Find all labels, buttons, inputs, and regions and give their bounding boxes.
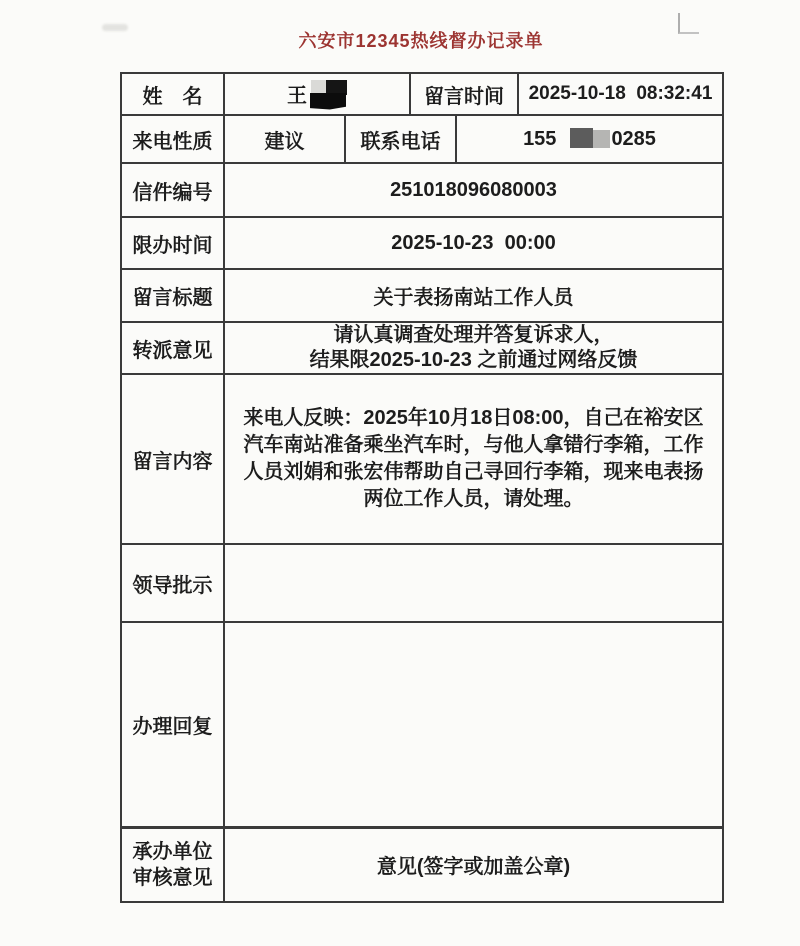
row-message-title: 留言标题 关于表扬南站工作人员: [121, 269, 723, 322]
field-value-message-time: 2025-10-18 08:32:41: [518, 73, 723, 115]
field-label-deadline: 限办时间: [121, 217, 224, 269]
field-label-processing-reply: 办理回复: [121, 622, 224, 827]
phone-redaction-dark: [570, 128, 593, 148]
field-value-transfer-opinion: 请认真调查处理并答复诉求人， 结果限2025-10-23 之前通过网络反馈: [224, 322, 723, 374]
record-table: 姓 名 王 留言时间 2025-10-18 08:32:41 来电性质 建议 联…: [120, 72, 724, 903]
transfer-line-2: 结果限2025-10-23 之前通过网络反馈: [227, 348, 720, 373]
review-label-line-2: 审核意见: [124, 865, 221, 891]
row-message-content: 留言内容 来电人反映：2025年10月18日08:00，自己在裕安区 汽车南站准…: [121, 374, 723, 544]
field-label-transfer-opinion: 转派意见: [121, 322, 224, 374]
transfer-line-1: 请认真调查处理并答复诉求人，: [227, 323, 720, 348]
field-value-message-content: 来电人反映：2025年10月18日08:00，自己在裕安区 汽车南站准备乘坐汽车…: [224, 374, 723, 544]
field-value-leader-instructions: [224, 544, 723, 622]
content-line-4: 两位工作人员，请处理。: [227, 486, 720, 513]
row-name: 姓 名 王 留言时间 2025-10-18 08:32:41: [121, 73, 723, 115]
field-value-letter-number: 251018096080003: [224, 163, 723, 217]
phone-redaction-light: [593, 130, 610, 148]
content-line-1: 来电人反映：2025年10月18日08:00，自己在裕安区: [227, 405, 720, 432]
field-value-review-opinion: 意见(签字或加盖公章): [224, 827, 723, 902]
field-value-deadline: 2025-10-23 00:00: [224, 217, 723, 269]
field-label-message-time: 留言时间: [410, 73, 518, 115]
field-label-letter-number: 信件编号: [121, 163, 224, 217]
name-prefix: 王: [287, 85, 307, 107]
field-label-review-opinion: 承办单位 审核意见: [121, 827, 224, 902]
row-processing-reply: 办理回复: [121, 622, 723, 827]
content-line-2: 汽车南站准备乘坐汽车时，与他人拿错行李箱，工作: [227, 432, 720, 459]
field-value-call-nature: 建议: [224, 115, 345, 163]
field-value-message-title: 关于表扬南站工作人员: [224, 269, 723, 322]
review-label-line-1: 承办单位: [124, 839, 221, 865]
name-redaction: [310, 80, 347, 110]
row-leader-instructions: 领导批示: [121, 544, 723, 622]
row-transfer-opinion: 转派意见 请认真调查处理并答复诉求人， 结果限2025-10-23 之前通过网络…: [121, 322, 723, 374]
row-call-nature: 来电性质 建议 联系电话 1550285: [121, 115, 723, 163]
row-review-opinion: 承办单位 审核意见 意见(签字或加盖公章): [121, 827, 723, 902]
row-letter-number: 信件编号 251018096080003: [121, 163, 723, 217]
field-label-leader-instructions: 领导批示: [121, 544, 224, 622]
phone-suffix: 0285: [611, 128, 656, 150]
page-title: 六安市12345热线督办记录单: [120, 27, 722, 53]
field-label-call-nature: 来电性质: [121, 115, 224, 163]
field-value-phone: 1550285: [456, 115, 723, 163]
field-label-name: 姓 名: [121, 73, 224, 115]
field-label-phone: 联系电话: [345, 115, 456, 163]
row-deadline: 限办时间 2025-10-23 00:00: [121, 217, 723, 269]
field-value-processing-reply: [224, 622, 723, 827]
field-value-name: 王: [224, 73, 410, 115]
phone-prefix: 155: [523, 128, 556, 150]
field-label-message-content: 留言内容: [121, 374, 224, 544]
content-line-3: 人员刘娟和张宏伟帮助自己寻回行李箱，现来电表扬: [227, 459, 720, 486]
field-label-message-title: 留言标题: [121, 269, 224, 322]
